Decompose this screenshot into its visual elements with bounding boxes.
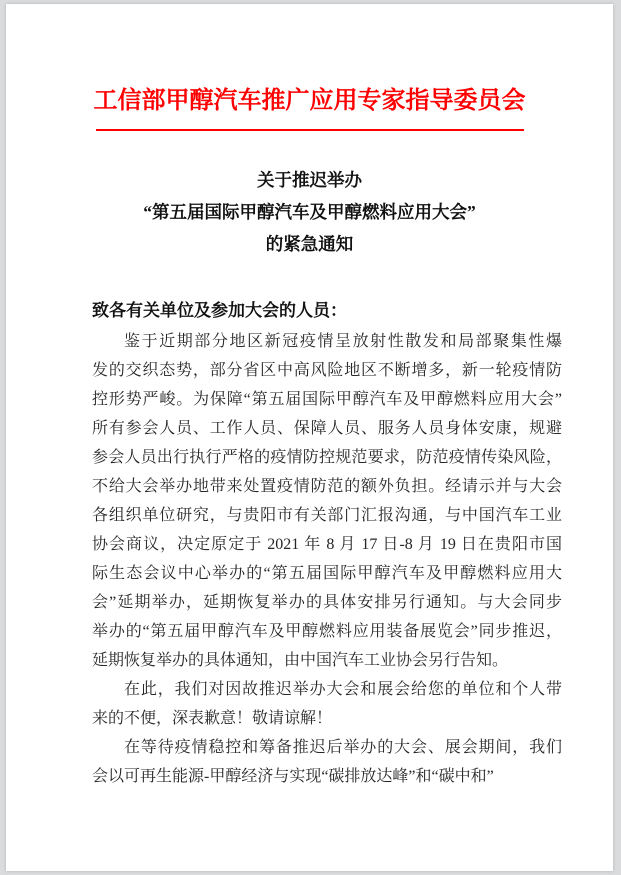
letterhead: 工信部甲醇汽车推广应用专家指导委员会 — [6, 85, 613, 131]
body-line: 在等待疫情稳控和筹备推迟后举办的大会、展会期间，我们 — [92, 733, 562, 762]
body-line: 鉴于近期部分地区新冠疫情呈放射性散发和局部聚集性爆 — [92, 327, 562, 356]
body-paragraphs: 鉴于近期部分地区新冠疫情呈放射性散发和局部聚集性爆发的交织态势，部分省区中高风险… — [92, 327, 562, 791]
body-line: 在此，我们对因故推迟举办大会和展会给您的单位和个人带 — [92, 675, 562, 704]
document-page: 工信部甲醇汽车推广应用专家指导委员会 关于推迟举办 “第五届国际甲醇汽车及甲醇燃… — [6, 4, 613, 871]
body-line: 不给大会举办地带来处置疫情防范的额外负担。经请示并与大会 — [92, 472, 562, 501]
body-line: 各组织单位研究，与贵阳市有关部门汇报沟通，与中国汽车工业 — [92, 501, 562, 530]
body-line: 发的交织态势，部分省区中高风险地区不断增多，新一轮疫情防 — [92, 356, 562, 385]
title-line-1: 关于推迟举办 — [6, 164, 613, 196]
document-viewer-background: 工信部甲醇汽车推广应用专家指导委员会 关于推迟举办 “第五届国际甲醇汽车及甲醇燃… — [0, 0, 621, 875]
title-line-3: 的紧急通知 — [6, 228, 613, 260]
body-line: 来的不便，深表歉意！敬请谅解！ — [92, 704, 562, 733]
document-title: 关于推迟举办 “第五届国际甲醇汽车及甲醇燃料应用大会” 的紧急通知 — [6, 164, 613, 260]
body-line: 参会人员出行执行严格的疫情防控规范要求，防范疫情传染风险， — [92, 443, 562, 472]
body-line: 协会商议，决定原定于 2021 年 8 月 17 日-8 月 19 日在贵阳市国 — [92, 530, 562, 559]
title-line-2: “第五届国际甲醇汽车及甲醇燃料应用大会” — [6, 196, 613, 228]
body-line: 会”延期举办，延期恢复举办的具体安排另行通知。与大会同步 — [92, 588, 562, 617]
body-line: 举办的“第五届甲醇汽车及甲醇燃料应用装备展览会”同步推迟， — [92, 617, 562, 646]
document-body: 致各有关单位及参加大会的人员： 鉴于近期部分地区新冠疫情呈放射性散发和局部聚集性… — [92, 298, 562, 791]
salutation: 致各有关单位及参加大会的人员： — [92, 298, 562, 324]
body-line: 会以可再生能源-甲醇经济与实现“碳排放达峰”和“碳中和” — [92, 762, 562, 791]
body-line: 际生态会议中心举办的“第五届国际甲醇汽车及甲醇燃料应用大 — [92, 559, 562, 588]
body-line: 所有参会人员、工作人员、保障人员、服务人员身体安康，规避 — [92, 414, 562, 443]
letterhead-org-name: 工信部甲醇汽车推广应用专家指导委员会 — [6, 85, 613, 118]
body-line: 延期恢复举办的具体通知，由中国汽车工业协会另行告知。 — [92, 646, 562, 675]
letterhead-divider — [96, 129, 524, 131]
body-line: 控形势严峻。为保障“第五届国际甲醇汽车及甲醇燃料应用大会” — [92, 385, 562, 414]
